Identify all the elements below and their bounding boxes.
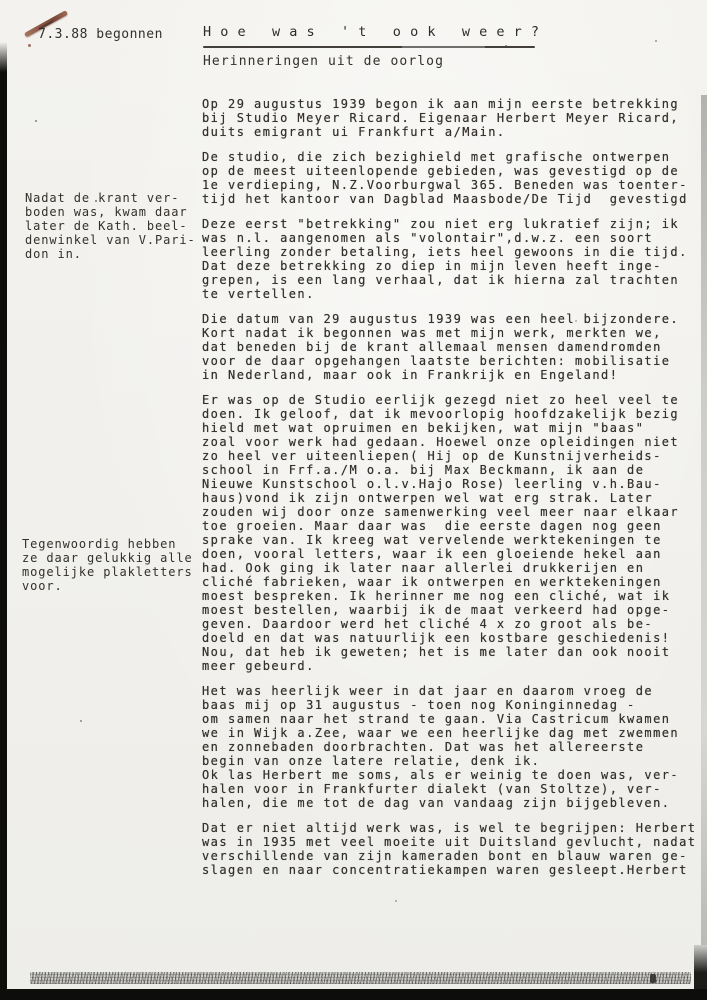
margin-note-krant-verboden: Nadat de krant ver-boden was, kwam daarl… [25,191,196,261]
text-line: mogelijke plakletters [22,565,193,579]
text-line: zoal voor werk had gedaan. Hoewel onze o… [202,435,702,449]
paragraph: Het was heerlijk weer in dat jaar en daa… [202,684,702,810]
text-line: verschillende van zijn kameraden bont en… [202,849,702,863]
text-line: voor de daar opgehangen laatste berichte… [202,354,702,368]
text-line: Tegenwoordig hebben [22,537,193,551]
text-line: haus)vond ik zijn ontwerpen wel wat erg … [202,491,702,505]
text-line: boden was, kwam daar [25,205,196,219]
text-line: Er was op de Studio eerlijk gezegd niet … [202,393,702,407]
text-line: Kort nadat ik begonnen was met mijn werk… [202,326,702,340]
text-line: zo heel ver uiteenliepen( Hij op de Kuns… [202,449,702,463]
paragraph: Die datum van 29 augustus 1939 was een h… [202,312,702,382]
text-line: De studio, die zich bezighield met grafi… [202,150,702,164]
scan-edge-left [0,42,7,991]
text-line: Het was heerlijk weer in dat jaar en daa… [202,684,702,698]
text-line: had. Ook ging ik later naar allerlei dru… [202,561,702,575]
text-line: doen, vooral letters, waar ik een gloeie… [202,547,702,561]
annotation-date: 7.3.88 begonnen [38,27,163,42]
paragraph: Deze eerst "betrekking" zou niet erg luk… [202,217,702,301]
text-line: bij Studio Meyer Ricard. Eigenaar Herber… [202,111,702,125]
text-line: was in 1935 met veel moeite uit Duitslan… [202,835,702,849]
paragraph: Dat er niet altijd werk was, is wel te b… [202,821,702,877]
paragraph: Er was op de Studio eerlijk gezegd niet … [202,393,702,673]
text-line: we in Wijk a.Zee, waar we een heerlijke … [202,726,702,740]
text-line: voor. [22,579,193,593]
scan-edge-right-corner [694,945,707,991]
text-line: doen. Ik geloof, dat ik mevoorlopig hoof… [202,407,702,421]
text-line: en zonnebaden doorbrachten. Dat was het … [202,740,702,754]
text-line: slagen en naar concentratiekampen waren … [202,863,702,877]
text-line: cliché fabrieken, waar ik ontwerpen en w… [202,575,702,589]
text-line: begin van onze latere relatie, denk ik. [202,754,702,768]
paragraph: De studio, die zich bezighield met grafi… [202,150,702,206]
text-line: duits emigrant ui Frankfurt a/Main. [202,125,702,139]
text-line: moest bespreken. Ik herinner me nog een … [202,589,702,603]
text-line: Dat deze betrekking zo diep in mijn leve… [202,259,702,273]
body-text: Op 29 augustus 1939 begon ik aan mijn ee… [202,97,702,888]
text-line: grepen, is een lang verhaal, dat ik hier… [202,273,702,287]
scanned-typewritten-page: 7.3.88 begonnen H o e w a s ' t o o k w … [0,0,707,1000]
paragraph: Op 29 augustus 1939 begon ik aan mijn ee… [202,97,702,139]
text-line: om samen naar het strand te gaan. Via Ca… [202,712,702,726]
title-underline [203,46,535,48]
text-line: meer gebeurd. [202,659,702,673]
text-line: dat beneden bij de krant allemaal mensen… [202,340,702,354]
text-line: Deze eerst "betrekking" zou niet erg luk… [202,217,702,231]
scan-edge-bottom [0,989,707,1000]
text-line: was n.l. aangenomen als "volontair",d.w.… [202,231,702,245]
text-line: hield met wat opruimen en bekijken, wat … [202,421,702,435]
text-line: don in. [25,247,196,261]
text-line: halen, die me tot de dag van vandaag zij… [202,796,702,810]
text-line: tijd het kantoor van Dagblad Maasbode/De… [202,192,702,206]
text-line: Nou, dat heb ik geweten; het is me later… [202,645,702,659]
text-line: toe groeien. Maar daar was die eerste da… [202,519,702,533]
text-line: Die datum van 29 augustus 1939 was een h… [202,312,702,326]
text-line: moest bestellen, waarbij ik de maat verk… [202,603,702,617]
bottom-smudge [650,974,656,983]
text-line: geven. Daardoor werd het cliché 4 x zo g… [202,617,702,631]
text-line: ze daar gelukkig alle [22,551,193,565]
text-line: Nadat de krant ver- [25,191,196,205]
text-line: denwinkel van V.Pari- [25,233,196,247]
text-line: Ok las Herbert me soms, als er weinig te… [202,768,702,782]
text-line: baas mij op 31 augustus - toen nog Konin… [202,698,702,712]
text-line: later de Kath. beel- [25,219,196,233]
pen-dot [28,44,31,47]
page-subtitle: Herinneringen uit de oorlog [203,54,444,69]
text-line: Nieuwe Kunstschool o.l.v.Hajo Rose) leer… [202,477,702,491]
text-line: halen voor in Frankfurter dialekt (van S… [202,782,702,796]
text-line: sprake van. Ik kreeg wat vervelende werk… [202,533,702,547]
text-line: leerling zonder betaling, iets heel gewo… [202,245,702,259]
text-line: te vertellen. [202,287,702,301]
text-line: 1e verdieping, N.Z.Voorburgwal 365. Bene… [202,178,702,192]
page-title: H o e w a s ' t o o k w e e r ? [203,24,539,40]
text-line: school in Frf.a./M o.a. bij Max Beckmann… [202,463,702,477]
text-line: Dat er niet altijd werk was, is wel te b… [202,821,702,835]
margin-note-plakletters: Tegenwoordig hebbenze daar gelukkig alle… [22,537,193,593]
text-line: doeld en dat was natuurlijk een kostbare… [202,631,702,645]
text-line: zouden wij door onze samenwerking veel m… [202,505,702,519]
text-line: op de meest uiteenlopende gebieden, was … [202,164,702,178]
bottom-hatch-band [30,972,691,984]
text-line: in Nederland, maar ook in Frankrijk en E… [202,368,702,382]
text-line: Op 29 augustus 1939 begon ik aan mijn ee… [202,97,702,111]
